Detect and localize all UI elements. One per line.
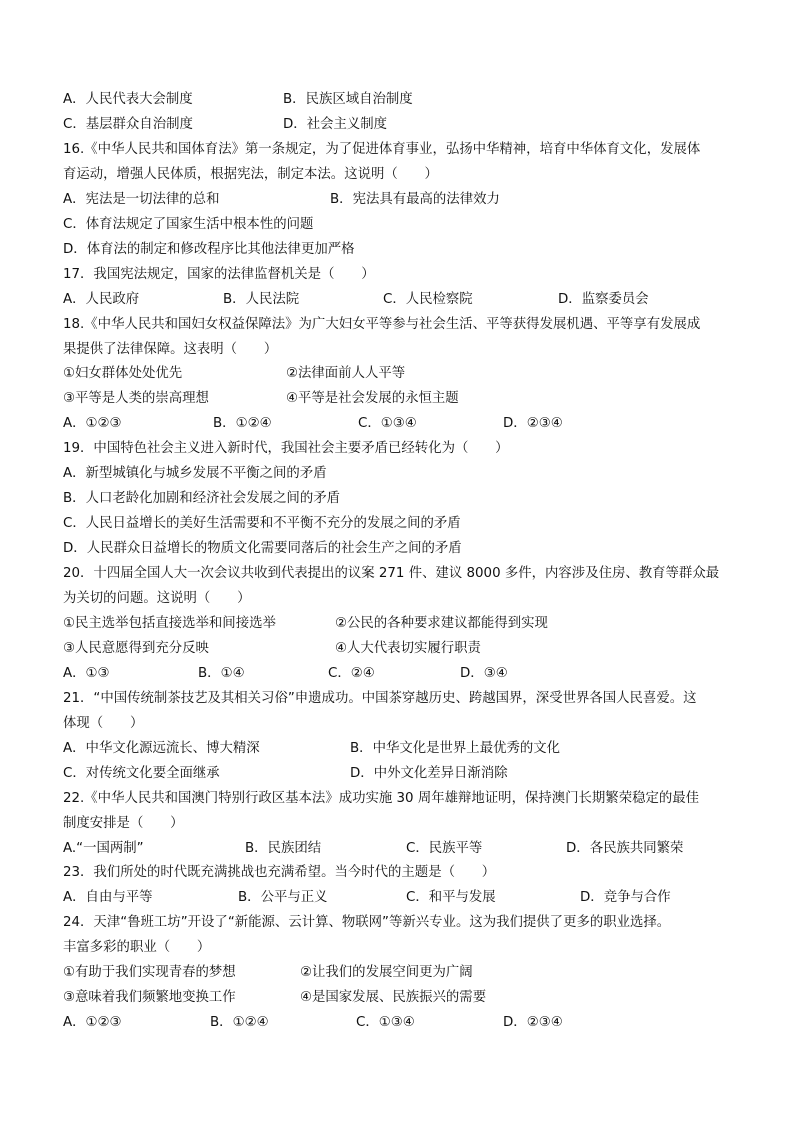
question-stem: 21．“中国传统制茶技艺及其相关习俗”申遗成功。中国茶穿越历史、跨越国界，深受世… [63, 688, 697, 710]
option-item: ①妇女群体处处优先 [63, 363, 182, 385]
option-item: ①有助于我们实现青春的梦想 [63, 962, 236, 984]
question-stem: 17．我国宪法规定，国家的法律监督机关是（ ） [63, 264, 375, 286]
option-item: ②法律面前人人平等 [286, 363, 405, 385]
option-item: ④是国家发展、民族振兴的需要 [300, 987, 486, 1009]
option-item: D．②③④ [503, 413, 563, 435]
option-item: ③意味着我们频繁地变换工作 [63, 987, 236, 1009]
text-line: D．人民群众日益增长的物质文化需要同落后的社会生产之间的矛盾 [63, 538, 462, 560]
question-stem: 16.《中华人民共和国体育法》第一条规定，为了促进体育事业，弘扬中华精神，培育中… [63, 139, 700, 161]
option-item: A．宪法是一切法律的总和 [63, 189, 219, 211]
option-item: B．①④ [198, 663, 245, 685]
option-item: C．和平与发展 [406, 887, 496, 909]
option-item: A．①②③ [63, 413, 122, 435]
option-item: B．①②④ [213, 413, 272, 435]
option-item: D．③④ [460, 663, 508, 685]
option-item: D．竞争与合作 [580, 887, 671, 909]
option-item: C．②④ [328, 663, 375, 685]
option-item: ②公民的各种要求建议都能得到实现 [335, 613, 548, 635]
option-item: A．人民政府 [63, 289, 139, 311]
option-item: A．人民代表大会制度 [63, 89, 193, 111]
text-line: 果提供了法律保障。这表明（ ） [63, 339, 277, 361]
question-stem: 24．天津“鲁班工坊”开设了“新能源、云计算、物联网”等新兴专业。这为我们提供了… [63, 912, 670, 934]
text-line: B．人口老龄化加剧和经济社会发展之间的矛盾 [63, 488, 340, 510]
exam-page: A．人民代表大会制度B．民族区域自治制度C．基层群众自治制度D．社会主义制度16… [0, 0, 794, 1123]
question-stem: 23．我们所处的时代既充满挑战也充满希望。当今时代的主题是（ ） [63, 862, 495, 884]
option-item: ③平等是人类的崇高理想 [63, 388, 209, 410]
option-item: C．基层群众自治制度 [63, 114, 193, 136]
text-line: C．人民日益增长的美好生活需要和不平衡不充分的发展之间的矛盾 [63, 513, 461, 535]
option-item: B．民族团结 [245, 838, 321, 860]
option-item: ①民主选举包括直接选举和间接选举 [63, 613, 276, 635]
text-line: 为关切的问题。这说明（ ） [63, 588, 250, 610]
option-item: A．自由与平等 [63, 887, 153, 909]
option-item: ④人大代表切实履行职责 [335, 638, 481, 660]
question-stem: 18.《中华人民共和国妇女权益保障法》为广大妇女平等参与社会生活、平等获得发展机… [63, 314, 700, 336]
question-stem: 19．中国特色社会主义进入新时代，我国社会主要矛盾已经转化为（ ） [63, 438, 509, 460]
option-item: ④平等是社会发展的永恒主题 [286, 388, 459, 410]
option-item: B．民族区域自治制度 [283, 89, 413, 111]
option-item: C．①③④ [356, 1012, 415, 1034]
text-line: C．体育法规定了国家生活中根本性的问题 [63, 214, 313, 236]
option-item: C．人民检察院 [383, 289, 473, 311]
option-item: D．监察委员会 [558, 289, 649, 311]
option-item: D．各民族共同繁荣 [566, 838, 683, 860]
question-stem: 22.《中华人民共和国澳门特别行政区基本法》成功实施 30 周年雄辩地证明，保持… [63, 788, 699, 810]
option-item: B．公平与正义 [238, 887, 328, 909]
text-line: 育运动，增强人民体质，根据宪法，制定本法。这说明（ ） [63, 164, 438, 186]
option-item: B．人民法院 [223, 289, 299, 311]
text-line: D．体育法的制定和修改程序比其他法律更加严格 [63, 239, 355, 261]
option-item: ③人民意愿得到充分反映 [63, 638, 209, 660]
option-item: A．①③ [63, 663, 110, 685]
option-item: A．中华文化源远流长、博大精深 [63, 738, 260, 760]
option-item: D．中外文化差异日渐消除 [350, 763, 508, 785]
option-item: C．对传统文化要全面继承 [63, 763, 220, 785]
text-line: 体现（ ） [63, 713, 143, 735]
option-item: A．①②③ [63, 1012, 122, 1034]
option-item: D．社会主义制度 [283, 114, 387, 136]
option-item: C．①③④ [358, 413, 417, 435]
question-stem: 20．十四届全国人大一次会议共收到代表提出的议案 271 件、建议 8000 多… [63, 563, 719, 585]
option-item: B．①②④ [210, 1012, 269, 1034]
option-item: B．宪法具有最高的法律效力 [330, 189, 500, 211]
text-line: 制度安排是（ ） [63, 813, 184, 835]
text-line: 丰富多彩的职业（ ） [63, 937, 210, 959]
option-item: C．民族平等 [406, 838, 482, 860]
option-item: A.“一国两制” [63, 838, 144, 860]
option-item: B．中华文化是世界上最优秀的文化 [350, 738, 560, 760]
option-item: ②让我们的发展空间更为广阔 [300, 962, 473, 984]
option-item: D．②③④ [503, 1012, 563, 1034]
text-line: A．新型城镇化与城乡发展不平衡之间的矛盾 [63, 463, 327, 485]
